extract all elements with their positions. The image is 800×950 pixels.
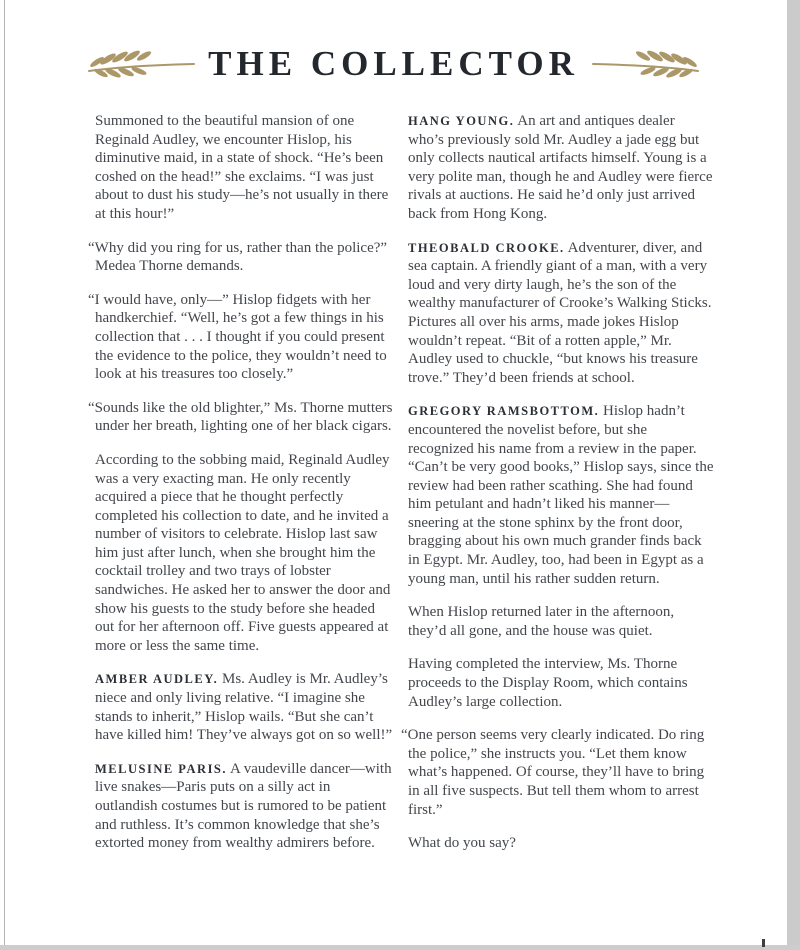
paragraph-text: Adventurer, diver, and sea captain. A fr…: [408, 240, 711, 386]
paragraph-thorne-question: “Why did you ring for us, rather than th…: [95, 239, 393, 276]
paragraph-final-question: What do you say?: [408, 834, 714, 853]
paragraph-text: “I would have, only—” Hislop fidgets wit…: [88, 292, 387, 382]
paragraph-text: Having completed the interview, Ms. Thor…: [408, 656, 688, 709]
paragraph-hislop-reply: “I would have, only—” Hislop fidgets wit…: [95, 291, 393, 384]
page-title: THE COLLECTOR: [208, 44, 579, 84]
paragraph-suspect-amber-audley: AMBER AUDLEY. Ms. Audley is Mr. Audley’s…: [95, 670, 393, 744]
paragraph-intro: Summoned to the beautiful mansion of one…: [95, 112, 393, 224]
right-text-column: HANG YOUNG. An art and antiques dealer w…: [408, 112, 714, 868]
page-left-edge: [4, 0, 5, 950]
left-text-column: Summoned to the beautiful mansion of one…: [95, 112, 393, 868]
paragraph-suspect-hang-young: HANG YOUNG. An art and antiques dealer w…: [408, 112, 714, 224]
paragraph-text: According to the sobbing maid, Reginald …: [95, 452, 390, 654]
paragraph-display-room: Having completed the interview, Ms. Thor…: [408, 655, 714, 711]
laurel-branch-right-icon: [591, 44, 701, 85]
paragraph-maid-account: According to the sobbing maid, Reginald …: [95, 451, 393, 656]
paragraph-suspect-gregory-ramsbottom: GREGORY RAMSBOTTOM. Hislop hadn’t encoun…: [408, 402, 714, 588]
paragraph-text: An art and antiques dealer who’s previou…: [408, 113, 712, 222]
paragraph-suspect-melusine-paris: MELUSINE PARIS. A vaudeville dancer—with…: [95, 760, 393, 853]
book-page: { "page": { "title": "THE COLLECTOR" }, …: [0, 0, 800, 950]
paragraph-text: When Hislop returned later in the aftern…: [408, 604, 674, 639]
paragraph-text: “One person seems very clearly indicated…: [401, 727, 704, 817]
paragraph-house-quiet: When Hislop returned later in the aftern…: [408, 603, 714, 640]
character-name: THEOBALD CROOKE.: [408, 241, 565, 255]
character-name: AMBER AUDLEY.: [95, 672, 218, 686]
page-bottom-edge: [0, 945, 800, 950]
paragraph-text: What do you say?: [408, 835, 516, 851]
paragraph-thorne-mutters: “Sounds like the old blighter,” Ms. Thor…: [95, 399, 393, 436]
character-name: MELUSINE PARIS.: [95, 762, 227, 776]
page-header: THE COLLECTOR: [0, 36, 787, 92]
page-right-edge: [787, 0, 800, 950]
paragraph-text: Summoned to the beautiful mansion of one…: [95, 113, 388, 222]
paragraph-suspect-theobald-crooke: THEOBALD CROOKE. Adventurer, diver, and …: [408, 239, 714, 388]
paragraph-text: Hislop hadn’t encountered the novelist b…: [408, 403, 714, 586]
laurel-branch-left-icon: [86, 44, 196, 85]
character-name: HANG YOUNG.: [408, 114, 514, 128]
character-name: GREGORY RAMSBOTTOM.: [408, 404, 599, 418]
paragraph-thorne-instruction: “One person seems very clearly indicated…: [408, 726, 714, 819]
paragraph-text: “Sounds like the old blighter,” Ms. Thor…: [88, 400, 393, 435]
text-cursor-artifact: [762, 939, 765, 947]
paragraph-text: “Why did you ring for us, rather than th…: [88, 240, 387, 275]
